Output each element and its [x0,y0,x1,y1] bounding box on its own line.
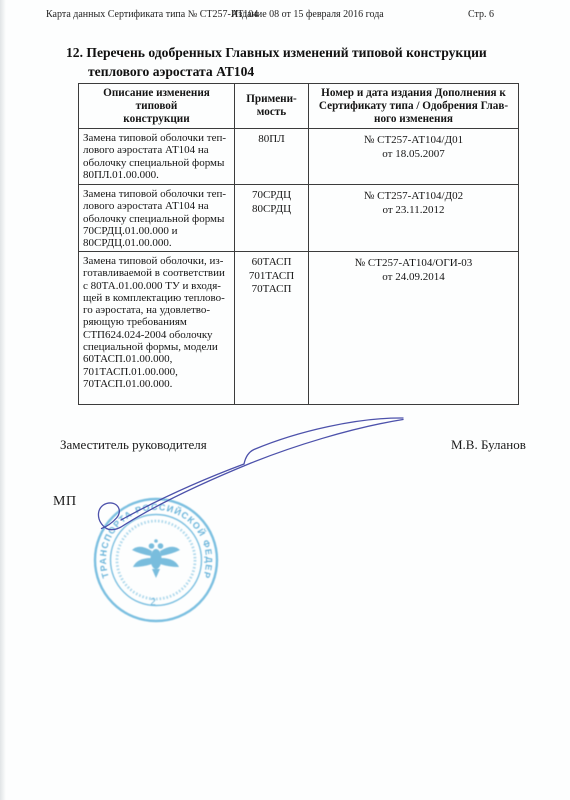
column-header-applicability: Примени- мость [235,84,309,129]
signer-role-label: Заместитель руководителя [60,437,207,453]
section-title-line1: 12. Перечень одобренных Главных изменени… [66,44,487,63]
change-number-date: № СТ257-АТ104/Д02 от 23.11.2012 [309,185,519,252]
stamp-place-label: МП [53,494,77,510]
header-edition: Издание 08 от 15 февраля 2016 года [231,9,384,20]
change-applicability: 80ПЛ [235,129,309,185]
change-number-date: № СТ257-АТ104/Д01 от 18.05.2007 [309,129,519,185]
change-description: Замена типовой оболочки, из- готавливаем… [79,252,235,405]
signer-name: М.В. Буланов [451,437,526,453]
table-header-row: Описание изменения типовой конструкции П… [79,84,519,129]
table-row: Замена типовой оболочки, из- готавливаем… [79,252,519,405]
scan-edge-shadow [0,0,6,800]
header-document-id: Карта данных Сертификата типа № СТ257-АТ… [46,9,258,20]
change-description: Замена типовой оболочки теп- лового аэро… [79,129,235,185]
official-stamp: ТРАНСПОРТА РОССИЙСКОЙ ФЕДЕРАЦИИ 2 [95,499,217,621]
table-row: Замена типовой оболочки теп- лового аэро… [79,185,519,252]
change-applicability: 60ТАСП 701ТАСП 70ТАСП [235,252,309,405]
double-headed-eagle-icon [132,539,180,578]
handwritten-signature [98,418,403,530]
change-description: Замена типовой оболочки теп- лового аэро… [79,185,235,252]
change-number-date: № СТ257-АТ104/ОГИ-03 от 24.09.2014 [309,252,519,405]
column-header-description: Описание изменения типовой конструкции [79,84,235,129]
stamp-ring-text: ТРАНСПОРТА РОССИЙСКОЙ ФЕДЕРАЦИИ [98,502,214,580]
approved-changes-table: Описание изменения типовой конструкции П… [78,83,519,405]
stamp-number: 2 [150,597,156,608]
section-title: 12. Перечень одобренных Главных изменени… [66,44,487,81]
microtext-ring [117,521,195,599]
header-page-number: Стр. 6 [468,9,494,20]
column-header-number: Номер и дата издания Дополнения к Сертиф… [309,84,519,129]
change-applicability: 70СРДЦ 80СРДЦ [235,185,309,252]
table-row: Замена типовой оболочки теп- лового аэро… [79,129,519,185]
section-title-line2: теплового аэростата АТ104 [66,63,487,82]
